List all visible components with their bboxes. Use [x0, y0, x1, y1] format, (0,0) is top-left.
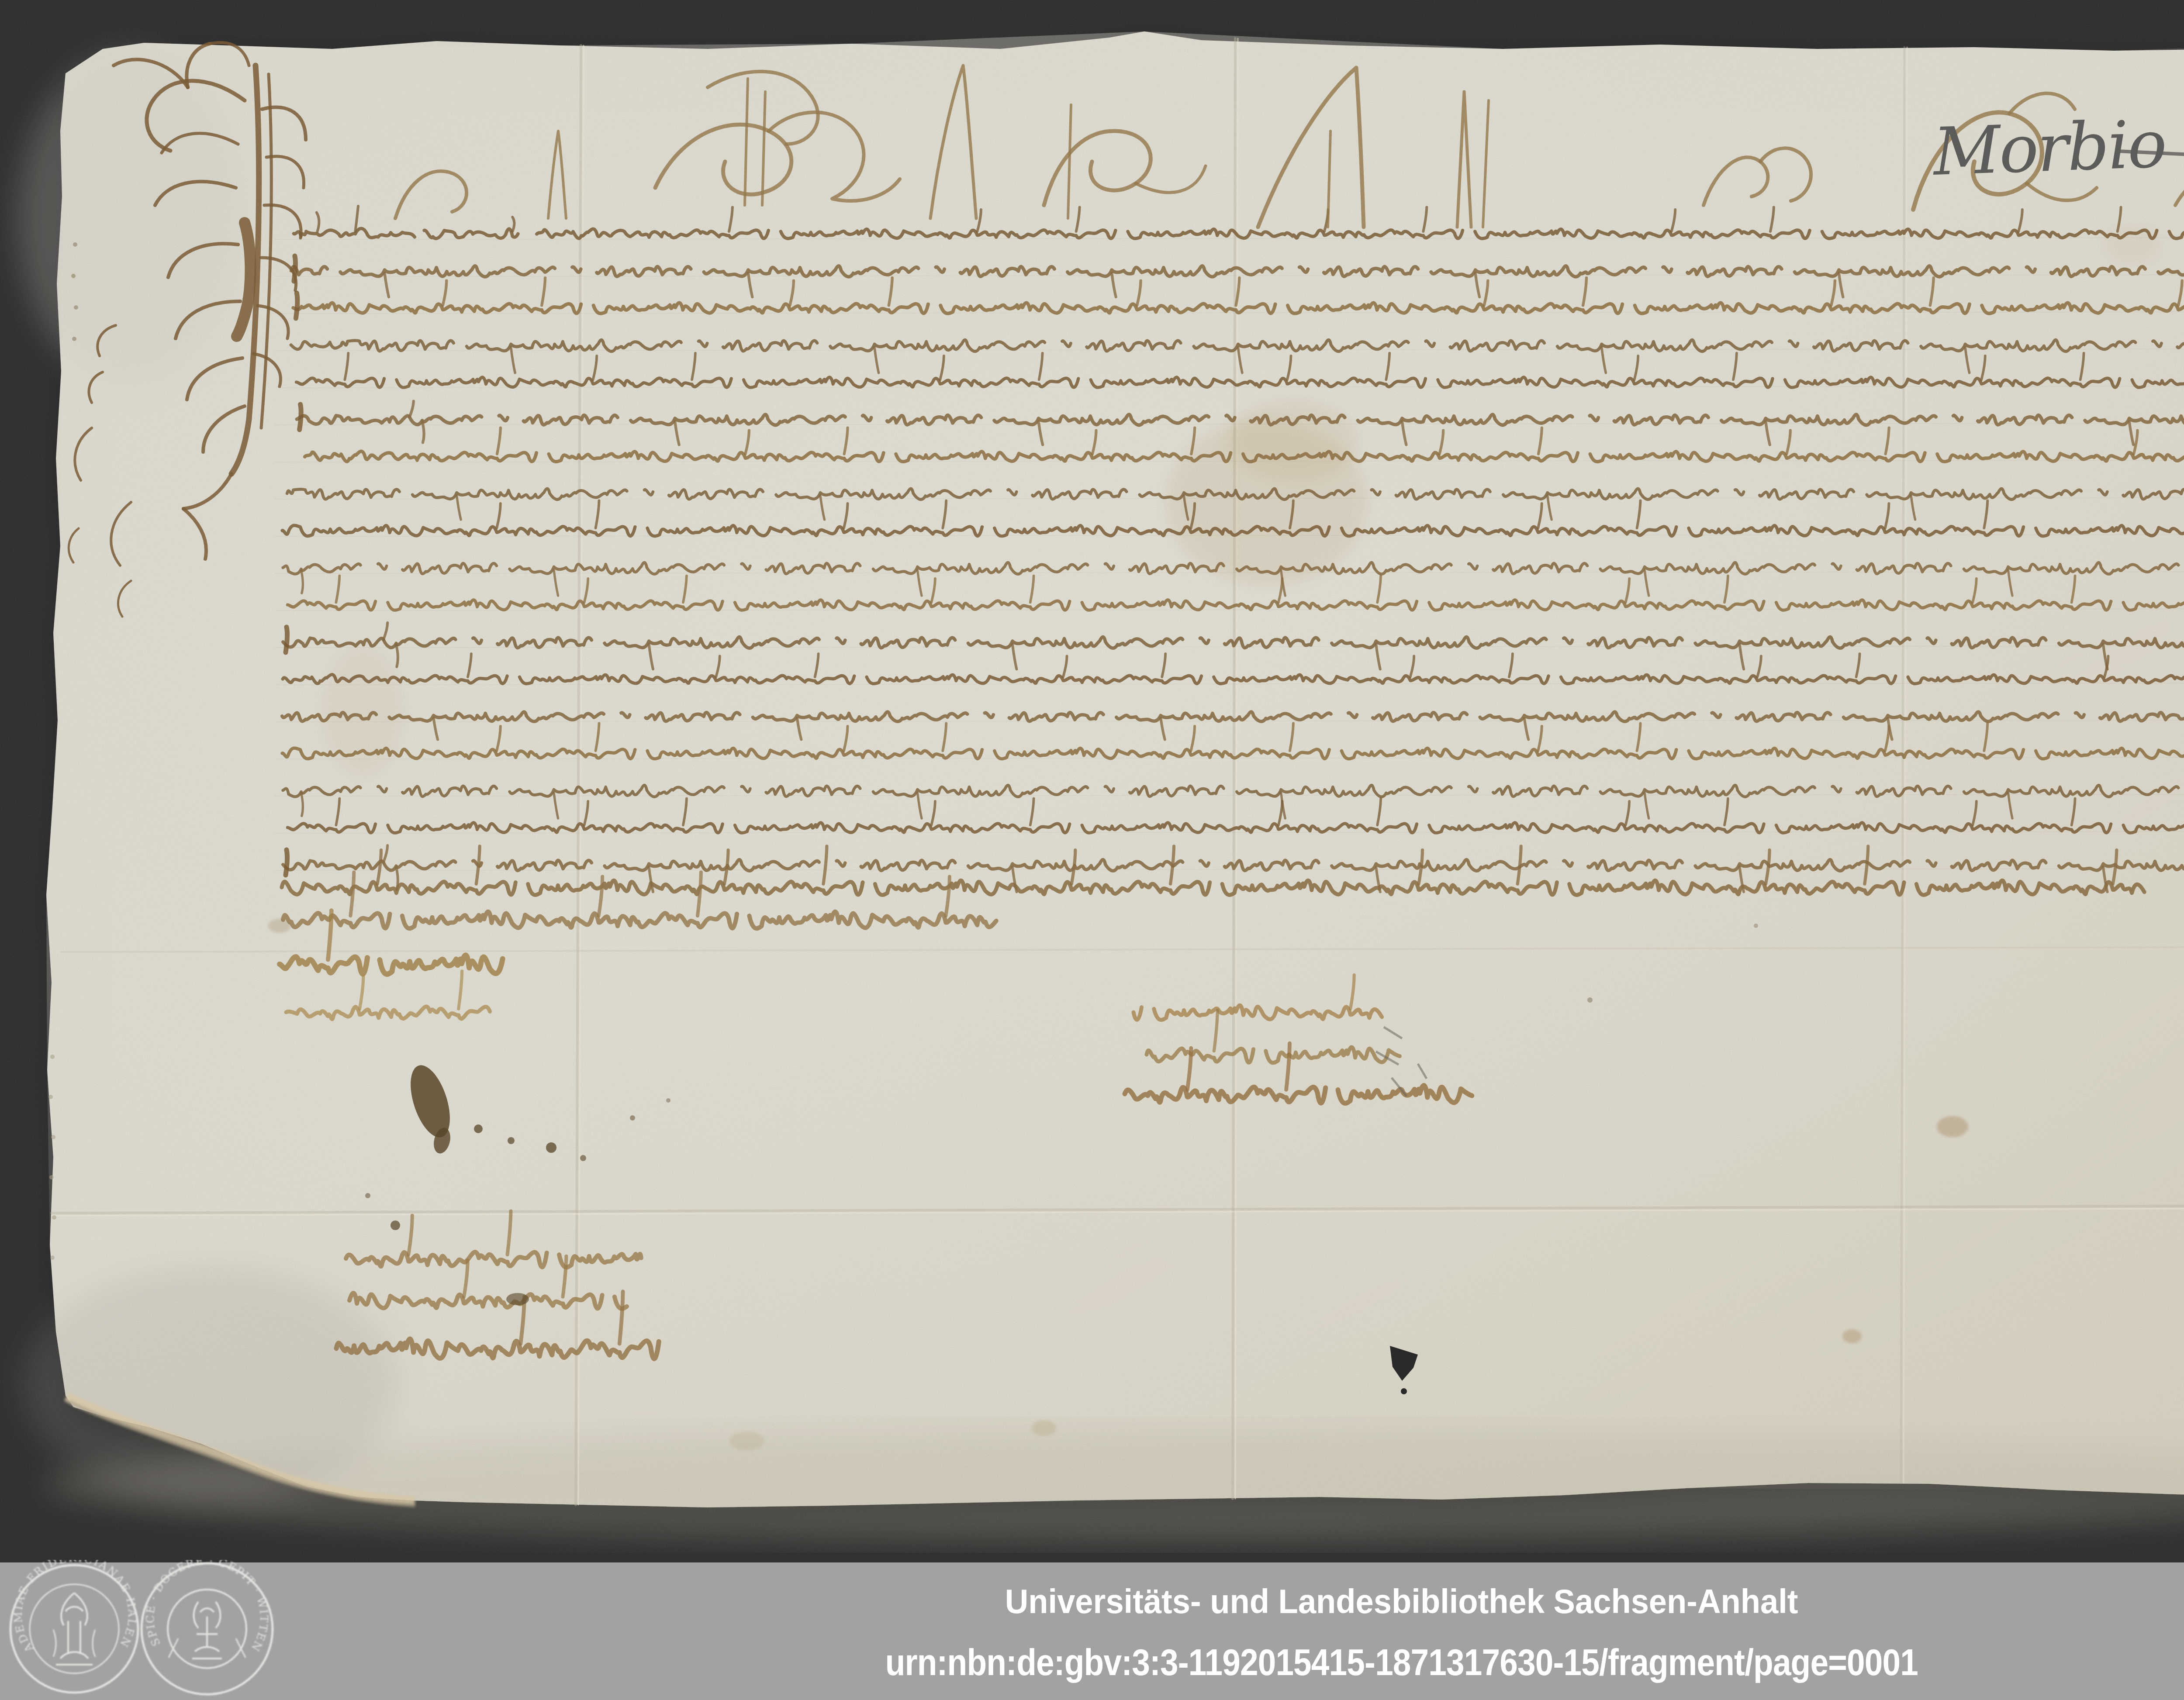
- grain-overlay: [0, 0, 2184, 1700]
- library-name: Universitäts- und Landesbibliothek Sachs…: [0, 1582, 2184, 1621]
- digitized-manuscript-page: Morbio 27 (39) Universitäts- u. Landesbi…: [0, 0, 2184, 1700]
- urn-identifier: urn:nbn:de:gbv:3:3-1192015415-1871317630…: [0, 1641, 2184, 1684]
- caption-bar: ACADEMIAE FRIDERICIANAE HALENSIS ME AVSP…: [0, 1562, 2184, 1700]
- manuscript-scene: Morbio 27 (39) Universitäts- u. Landesbi…: [0, 0, 2184, 1700]
